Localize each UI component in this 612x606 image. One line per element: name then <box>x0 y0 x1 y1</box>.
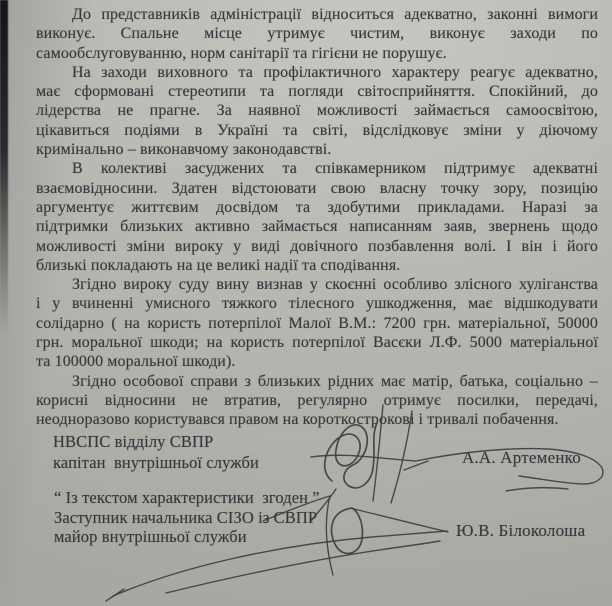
paragraph-collective: В колективі засуджених та співкамерником… <box>36 159 598 275</box>
scan-edge-shadow <box>0 0 8 335</box>
document-body: До представників адміністрації відносить… <box>36 5 598 430</box>
signer-name-artemenko: А.А. Артеменко <box>462 448 581 468</box>
text-line: має сформовані стереотипи та погляди сві… <box>36 82 598 101</box>
text-line: корисні відносини не втратив, регулярно … <box>36 391 598 410</box>
signatory-block-2: “ Із текстом характеристики згоден ”Заст… <box>54 488 320 547</box>
text-line: аргументує життєвим досвідом та здобутим… <box>36 198 598 217</box>
text-line: До представників адміністрації відносить… <box>36 5 598 24</box>
document-photo: До представників адміністрації відносить… <box>0 0 612 606</box>
paragraph-verdict: Згідно вироку суду вину визнав у скоєнні… <box>36 275 598 371</box>
text-line: близькі покладають на це великі надії та… <box>36 256 598 275</box>
paragraph-administration: До представників адміністрації відносить… <box>36 5 598 63</box>
text-line: “ Із текстом характеристики згоден ” <box>54 488 320 508</box>
text-line: солідарно ( на користь потерпілої Малої … <box>36 314 598 333</box>
signatory-block-1: НВСПС відділу СВПРкапітан внутрішньої сл… <box>53 432 259 473</box>
text-line: грн. моральної шкоди; на користь потерпі… <box>36 333 598 352</box>
text-line: лідерства не прагне. За наявної можливос… <box>36 101 598 120</box>
text-line: В колективі засуджених та співкамерником… <box>36 159 598 178</box>
text-line: підтримки близьких активно займається на… <box>36 217 598 236</box>
paragraph-family: Згідно особової справи з близьких рідних… <box>36 372 598 430</box>
paragraph-behaviour: На заходи виховного та профілактичного х… <box>36 63 598 159</box>
text-line: виконує. Спальне місце утримує чистим, в… <box>36 24 598 43</box>
text-line: цікавиться подіями в Україні та світі, в… <box>36 121 598 140</box>
text-line: Згідно особової справи з близьких рідних… <box>36 372 598 391</box>
text-line: самообслуговуванню, норм санітарії та гі… <box>36 44 598 63</box>
text-line: майор внутрішньої служби <box>54 527 320 547</box>
text-line: капітан внутрішньої служби <box>53 453 259 474</box>
text-line: Заступник начальника СІЗО із СВПР <box>54 508 320 528</box>
text-line: можливості зміни вироку у виді довічного… <box>36 237 598 256</box>
signer-name-bilokolosha: Ю.В. Білоколоша <box>456 521 585 541</box>
text-line: і у вчиненні умисного тяжкого тілесного … <box>36 294 598 313</box>
text-line: Згідно вироку суду вину визнав у скоєнні… <box>36 275 598 294</box>
text-line: неодноразово користувався правом на коро… <box>36 410 598 429</box>
text-line: кримінально – виконавчому законодавстві. <box>36 140 598 159</box>
text-line: та 100000 моральної шкоди). <box>36 352 598 371</box>
text-line: На заходи виховного та профілактичного х… <box>36 63 598 82</box>
text-line: взаємовідносини. Здатен відстоювати свою… <box>36 179 598 198</box>
text-line: НВСПС відділу СВПР <box>53 432 259 453</box>
